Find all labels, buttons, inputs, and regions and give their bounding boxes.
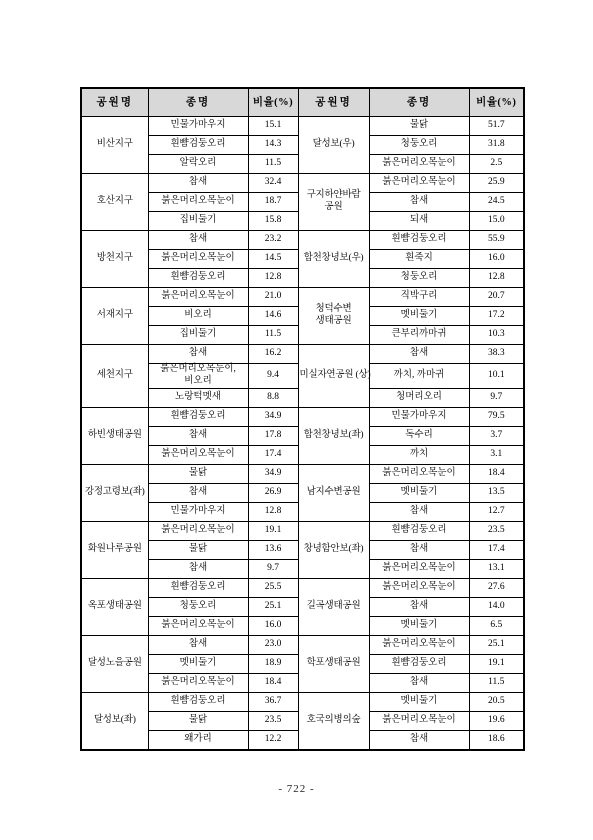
ratio-cell: 18.4: [469, 464, 524, 483]
ratio-cell: 12.2: [248, 730, 298, 750]
ratio-cell: 79.5: [469, 407, 524, 426]
species-cell: 비오리: [148, 307, 248, 326]
ratio-cell: 11.5: [248, 326, 298, 345]
species-cell: 멧비둘기: [369, 616, 469, 635]
species-cell: 흰뺨검둥오리: [148, 692, 248, 711]
ratio-cell: 34.9: [248, 407, 298, 426]
ratio-cell: 32.4: [248, 174, 298, 193]
species-cell: 참새: [369, 673, 469, 692]
ratio-cell: 19.1: [469, 654, 524, 673]
table-row: 서재지구붉은머리오목눈이21.0청덕수변 생태공원직박구리20.7: [81, 288, 524, 307]
ratio-cell: 18.4: [248, 673, 298, 692]
ratio-cell: 25.1: [469, 635, 524, 654]
species-cell: 집비둘기: [148, 326, 248, 345]
park-name-cell: 길곡생태공원: [298, 578, 369, 635]
species-cell: 붉은머리오목눈이: [148, 616, 248, 635]
species-cell: 멧비둘기: [148, 654, 248, 673]
ratio-cell: 9.7: [469, 388, 524, 407]
species-cell: 멧비둘기: [369, 483, 469, 502]
ratio-cell: 34.9: [248, 464, 298, 483]
ratio-cell: 3.7: [469, 426, 524, 445]
species-cell: 붉은머리오목눈이: [148, 250, 248, 269]
park-name-cell: 달성노을공원: [81, 635, 148, 692]
ratio-cell: 11.5: [248, 155, 298, 174]
ratio-cell: 19.6: [469, 711, 524, 730]
ratio-cell: 26.9: [248, 483, 298, 502]
park-name-cell: 달성보(우): [298, 117, 369, 174]
park-name-cell: 달성보(좌): [81, 692, 148, 750]
table-row: 강정고령보(좌)물닭34.9남지수변공원붉은머리오목눈이18.4: [81, 464, 524, 483]
table-row: 방천지구참새23.2합천창녕보(우)흰뺨검둥오리55.9: [81, 231, 524, 250]
park-name-cell: 옥포생태공원: [81, 578, 148, 635]
ratio-cell: 27.6: [469, 578, 524, 597]
species-cell: 붉은머리오목눈이: [369, 174, 469, 193]
species-cell: 붉은머리오목눈이: [369, 464, 469, 483]
species-cell: 참새: [148, 345, 248, 364]
column-header-species-left: 종명: [148, 88, 248, 117]
park-name-cell: 학포생태공원: [298, 635, 369, 692]
ratio-cell: 18.9: [248, 654, 298, 673]
ratio-cell: 25.9: [469, 174, 524, 193]
park-name-cell: 창녕함안보(좌): [298, 521, 369, 578]
column-header-pct-left: 비율(%): [248, 88, 298, 117]
column-header-park-left: 공원명: [81, 88, 148, 117]
table-row: 호산지구참새32.4구지하얀바람 공원붉은머리오목눈이25.9: [81, 174, 524, 193]
ratio-cell: 16.2: [248, 345, 298, 364]
ratio-cell: 9.7: [248, 559, 298, 578]
park-name-cell: 호산지구: [81, 174, 148, 231]
species-cell: 왜가리: [148, 730, 248, 750]
ratio-cell: 10.3: [469, 326, 524, 345]
species-cell: 직박구리: [369, 288, 469, 307]
species-cell: 흰뺨검둥오리: [148, 578, 248, 597]
species-cell: 되새: [369, 212, 469, 231]
species-cell: 붉은머리오목눈이: [148, 673, 248, 692]
ratio-cell: 21.0: [248, 288, 298, 307]
park-name-cell: 합천창녕보(우): [298, 231, 369, 288]
table-row: 달성노을공원참새23.0학포생태공원붉은머리오목눈이25.1: [81, 635, 524, 654]
column-header-pct-right: 비율(%): [469, 88, 524, 117]
ratio-cell: 14.5: [248, 250, 298, 269]
ratio-cell: 51.7: [469, 117, 524, 136]
ratio-cell: 13.5: [469, 483, 524, 502]
ratio-cell: 13.6: [248, 540, 298, 559]
ratio-cell: 16.0: [469, 250, 524, 269]
species-cell: 붉은머리오목눈이: [148, 521, 248, 540]
species-cell: 집비둘기: [148, 212, 248, 231]
park-name-cell: 합천창녕보(좌): [298, 407, 369, 464]
species-cell: 독수리: [369, 426, 469, 445]
species-cell: 붉은머리오목눈이: [369, 711, 469, 730]
species-cell: 붉은머리오목눈이: [148, 445, 248, 464]
species-cell: 큰부리까마귀: [369, 326, 469, 345]
ratio-cell: 10.1: [469, 364, 524, 389]
ratio-cell: 3.1: [469, 445, 524, 464]
ratio-cell: 14.0: [469, 597, 524, 616]
species-cell: 노랑턱멧새: [148, 388, 248, 407]
species-cell: 흰뺨검둥오리: [369, 231, 469, 250]
ratio-cell: 15.0: [469, 212, 524, 231]
ratio-cell: 6.5: [469, 616, 524, 635]
park-name-cell: 화원나루공원: [81, 521, 148, 578]
ratio-cell: 12.8: [248, 502, 298, 521]
species-cell: 붉은머리오목눈이: [369, 559, 469, 578]
ratio-cell: 19.1: [248, 521, 298, 540]
species-cell: 흰뺨검둥오리: [369, 521, 469, 540]
species-cell: 참새: [148, 231, 248, 250]
header-row: 공원명 종명 비율(%) 공원명 종명 비율(%): [81, 88, 524, 117]
species-cell: 참새: [148, 635, 248, 654]
park-name-cell: 청덕수변 생태공원: [298, 288, 369, 345]
park-name-cell: 하빈생태공원: [81, 407, 148, 464]
table-row: 옥포생태공원흰뺨검둥오리25.5길곡생태공원붉은머리오목눈이27.6: [81, 578, 524, 597]
table-body: 비산지구민물가마우지15.1달성보(우)물닭51.7흰뺨검둥오리14.3청둥오리…: [81, 117, 524, 750]
species-cell: 참새: [148, 483, 248, 502]
park-name-cell: 서재지구: [81, 288, 148, 345]
ratio-cell: 17.4: [469, 540, 524, 559]
ratio-cell: 12.8: [469, 269, 524, 288]
species-cell: 물닭: [369, 117, 469, 136]
species-cell: 흰뺨검둥오리: [148, 136, 248, 155]
species-cell: 물닭: [148, 711, 248, 730]
park-name-cell: 강정고령보(좌): [81, 464, 148, 521]
table-row: 달성보(좌)흰뺨검둥오리36.7호국의병의숲멧비둘기20.5: [81, 692, 524, 711]
ratio-cell: 2.5: [469, 155, 524, 174]
ratio-cell: 38.3: [469, 345, 524, 364]
species-cell: 청둥오리: [369, 136, 469, 155]
ratio-cell: 23.5: [248, 711, 298, 730]
page-number: - 722 -: [0, 783, 593, 795]
table-row: 비산지구민물가마우지15.1달성보(우)물닭51.7: [81, 117, 524, 136]
ratio-cell: 20.7: [469, 288, 524, 307]
ratio-cell: 20.5: [469, 692, 524, 711]
ratio-cell: 31.8: [469, 136, 524, 155]
species-cell: 참새: [148, 426, 248, 445]
ratio-cell: 18.6: [469, 730, 524, 750]
species-cell: 참새: [369, 502, 469, 521]
species-cell: 붉은머리오목눈이, 비오리: [148, 364, 248, 389]
species-cell: 까치: [369, 445, 469, 464]
species-cell: 붉은머리오목눈이: [148, 288, 248, 307]
table-row: 세천지구참새16.2미실자연공원 (상)참새38.3: [81, 345, 524, 364]
species-cell: 참새: [148, 174, 248, 193]
species-cell: 멧비둘기: [369, 307, 469, 326]
species-cell: 청둥오리: [369, 269, 469, 288]
ratio-cell: 17.8: [248, 426, 298, 445]
species-cell: 붉은머리오목눈이: [369, 578, 469, 597]
park-name-cell: 비산지구: [81, 117, 148, 174]
park-name-cell: 구지하얀바람 공원: [298, 174, 369, 231]
ratio-cell: 14.6: [248, 307, 298, 326]
ratio-cell: 14.3: [248, 136, 298, 155]
species-cell: 알락오리: [148, 155, 248, 174]
column-header-park-right: 공원명: [298, 88, 369, 117]
park-name-cell: 미실자연공원 (상): [298, 345, 369, 408]
species-cell: 참새: [369, 193, 469, 212]
species-cell: 물닭: [148, 540, 248, 559]
species-cell: 흰뺨검둥오리: [148, 269, 248, 288]
species-cell: 붉은머리오목눈이: [148, 193, 248, 212]
bird-ratio-table: 공원명 종명 비율(%) 공원명 종명 비율(%) 비산지구민물가마우지15.1…: [80, 87, 525, 751]
species-cell: 참새: [369, 540, 469, 559]
ratio-cell: 25.5: [248, 578, 298, 597]
ratio-cell: 23.5: [469, 521, 524, 540]
ratio-cell: 23.0: [248, 635, 298, 654]
table-row: 하빈생태공원흰뺨검둥오리34.9합천창녕보(좌)민물가마우지79.5: [81, 407, 524, 426]
ratio-cell: 23.2: [248, 231, 298, 250]
species-cell: 민물가마우지: [148, 502, 248, 521]
species-cell: 참새: [369, 730, 469, 750]
ratio-cell: 18.7: [248, 193, 298, 212]
ratio-cell: 36.7: [248, 692, 298, 711]
species-cell: 청머리오리: [369, 388, 469, 407]
species-cell: 민물가마우지: [369, 407, 469, 426]
ratio-cell: 12.7: [469, 502, 524, 521]
ratio-cell: 11.5: [469, 673, 524, 692]
ratio-cell: 13.1: [469, 559, 524, 578]
species-cell: 참새: [369, 597, 469, 616]
column-header-species-right: 종명: [369, 88, 469, 117]
ratio-cell: 55.9: [469, 231, 524, 250]
ratio-cell: 17.2: [469, 307, 524, 326]
species-cell: 물닭: [148, 464, 248, 483]
ratio-cell: 16.0: [248, 616, 298, 635]
species-cell: 청둥오리: [148, 597, 248, 616]
ratio-cell: 25.1: [248, 597, 298, 616]
species-cell: 참새: [148, 559, 248, 578]
species-cell: 멧비둘기: [369, 692, 469, 711]
table-row: 화원나루공원붉은머리오목눈이19.1창녕함안보(좌)흰뺨검둥오리23.5: [81, 521, 524, 540]
document-page: 공원명 종명 비율(%) 공원명 종명 비율(%) 비산지구민물가마우지15.1…: [0, 0, 593, 840]
ratio-cell: 9.4: [248, 364, 298, 389]
species-cell: 붉은머리오목눈이: [369, 155, 469, 174]
park-name-cell: 호국의병의숲: [298, 692, 369, 750]
species-cell: 민물가마우지: [148, 117, 248, 136]
ratio-cell: 17.4: [248, 445, 298, 464]
ratio-cell: 15.1: [248, 117, 298, 136]
park-name-cell: 방천지구: [81, 231, 148, 288]
species-cell: 흰죽지: [369, 250, 469, 269]
table-header: 공원명 종명 비율(%) 공원명 종명 비율(%): [81, 88, 524, 117]
species-cell: 붉은머리오목눈이: [369, 635, 469, 654]
ratio-cell: 15.8: [248, 212, 298, 231]
species-cell: 흰뺨검둥오리: [148, 407, 248, 426]
species-cell: 까치, 까마귀: [369, 364, 469, 389]
park-name-cell: 세천지구: [81, 345, 148, 408]
ratio-cell: 24.5: [469, 193, 524, 212]
park-name-cell: 남지수변공원: [298, 464, 369, 521]
species-cell: 참새: [369, 345, 469, 364]
ratio-cell: 12.8: [248, 269, 298, 288]
ratio-cell: 8.8: [248, 388, 298, 407]
species-cell: 흰뺨검둥오리: [369, 654, 469, 673]
